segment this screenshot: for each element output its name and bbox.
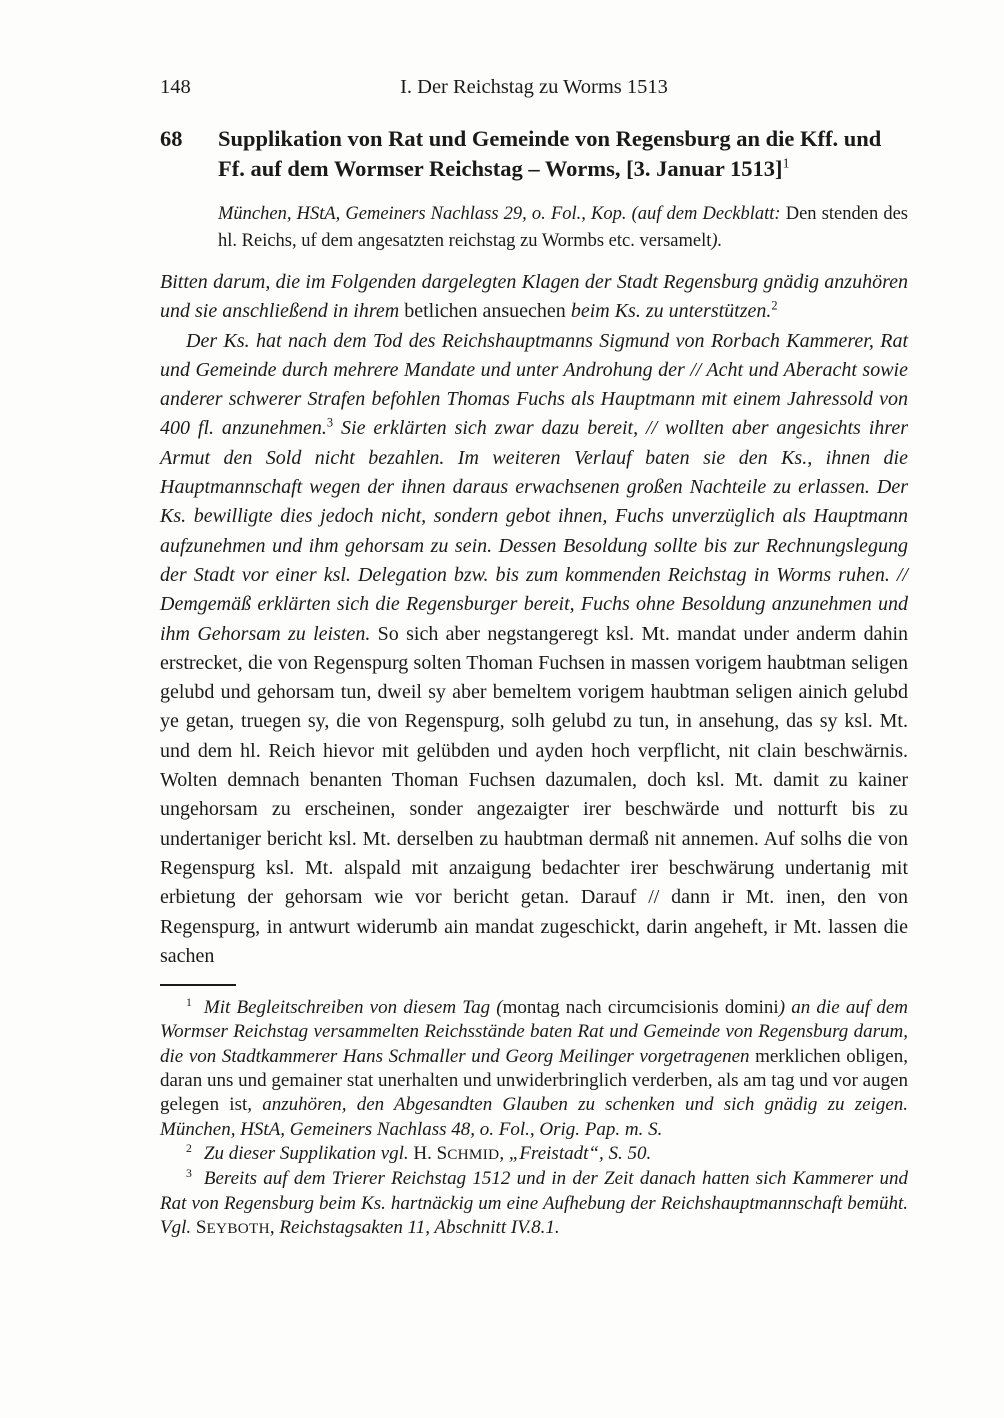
document-body: Bitten darum, die im Folgenden dargelegt…	[160, 268, 908, 971]
footnote-3: 3Bereits auf dem Trierer Reichstag 1512 …	[160, 1167, 908, 1241]
text-run: Zu dieser Supplikation vgl.	[204, 1143, 414, 1164]
text-run: beim Ks. zu unterstützen.	[571, 300, 772, 322]
text-run: „Freistadt“, S. 50.	[509, 1143, 651, 1164]
footnote-2: 2Zu dieser Supplikation vgl. H. SCHMID, …	[160, 1142, 908, 1167]
text-run: Sie erklärten sich zwar dazu bereit, // …	[160, 417, 908, 644]
source-note: München, HStA, Gemeiners Nachlass 29, o.…	[218, 201, 908, 255]
footnote-2-text: Zu dieser Supplikation vgl. H. SCHMID, „…	[204, 1143, 651, 1164]
text-run: EYBOTH	[206, 1220, 269, 1237]
text-run: 2	[771, 299, 777, 313]
text-run: betlichen ansuechen	[404, 300, 571, 322]
entry-heading: 68 Supplikation von Rat und Gemeinde von…	[160, 124, 908, 184]
text-run: ,	[270, 1217, 280, 1238]
entry-68: 68 Supplikation von Rat und Gemeinde von…	[160, 124, 908, 971]
text-run: München, HStA, Gemeiners Nachlass 29, o.…	[218, 204, 786, 224]
entry-title: Supplikation von Rat und Gemeinde von Re…	[218, 124, 908, 184]
footnote-section: 1Mit Begleitschreiben von diesem Tag (mo…	[160, 984, 908, 1241]
text-run: CHMID	[447, 1146, 499, 1163]
footnote-1-marker: 1	[186, 996, 192, 1009]
footnote-1-text: Mit Begleitschreiben von diesem Tag (mon…	[160, 997, 908, 1139]
page-number: 148	[160, 75, 191, 99]
footnote-3-marker: 3	[186, 1167, 192, 1180]
text-run: Supplikation von Rat und Gemeinde von Re…	[218, 126, 881, 181]
text-run: Reichstagsakten 11, Abschnitt IV.8.1.	[279, 1217, 559, 1238]
text-run: H. S	[413, 1143, 447, 1164]
footnote-2-marker: 2	[186, 1142, 192, 1155]
main-paragraph: Der Ks. hat nach dem Tod des Reichshaupt…	[160, 327, 908, 972]
text-run: , anzuhören, den Abgesandten Glauben zu …	[160, 1094, 908, 1139]
entry-number: 68	[160, 124, 183, 154]
text-run: So sich aber negstangeregt ksl. Mt. mand…	[160, 623, 908, 967]
text-run: S	[196, 1217, 207, 1238]
page-header: 148 I. Der Reichstag zu Worms 1513	[160, 75, 908, 99]
book-page: 148 I. Der Reichstag zu Worms 1513 68 Su…	[0, 0, 1004, 1418]
text-run: ,	[499, 1143, 509, 1164]
footnote-separator-rule	[160, 984, 236, 986]
text-run: montag nach circumcisionis domini	[503, 997, 779, 1018]
summary-paragraph: Bitten darum, die im Folgenden dargelegt…	[160, 268, 908, 327]
footnote-3-text: Bereits auf dem Trierer Reichstag 1512 u…	[160, 1168, 908, 1238]
text-run: 1	[783, 157, 790, 172]
footnote-1: 1Mit Begleitschreiben von diesem Tag (mo…	[160, 996, 908, 1142]
text-run: Mit Begleitschreiben von diesem Tag (	[204, 997, 503, 1018]
text-run: ).	[711, 231, 722, 251]
running-head: I. Der Reichstag zu Worms 1513	[160, 75, 908, 99]
